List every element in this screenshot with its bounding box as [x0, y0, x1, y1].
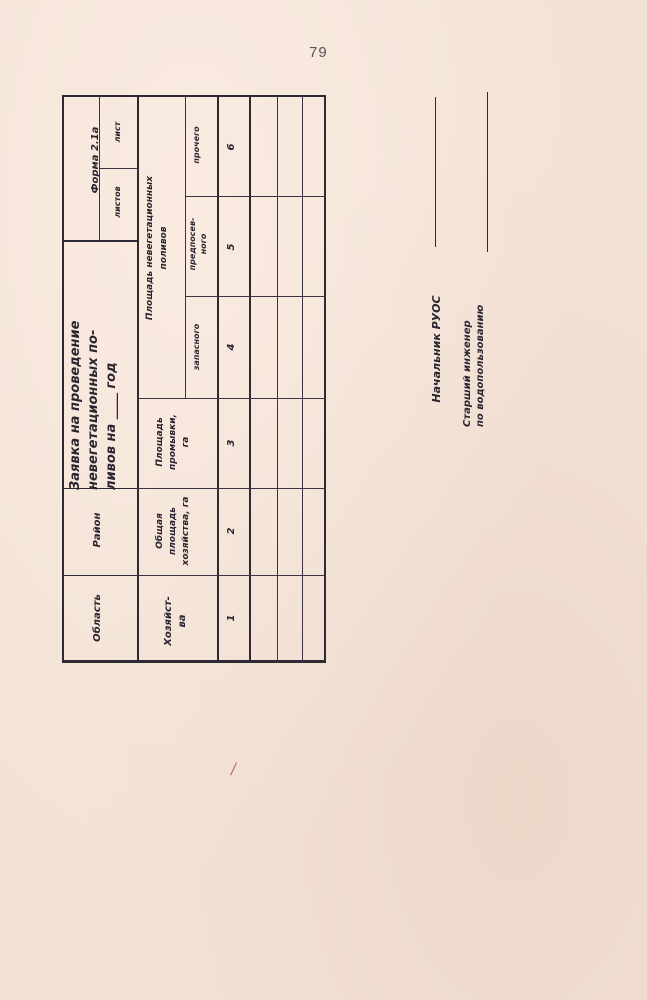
column-header-flushing-area: Площадь промывки, га [154, 397, 202, 487]
group-header-non-vegetation-irrigation: Площадь невегетационных поливов [143, 173, 179, 323]
column-header-other: прочего [192, 105, 210, 185]
sheets-label: листов [113, 172, 127, 232]
table-row [303, 97, 324, 660]
column-number-3: 3 [226, 433, 240, 453]
page-number: 79 [309, 44, 328, 61]
column-number-4: 4 [226, 337, 240, 357]
column-number-5: 5 [226, 237, 240, 257]
signature-line [435, 97, 436, 247]
column-header-presowing: предпосев- ного [187, 204, 215, 284]
column-number-2: 2 [226, 521, 240, 541]
signature-label: Старший инженер по водопользованию [461, 297, 493, 427]
region-label: Область [92, 578, 108, 658]
column-header-reserve: запасного [192, 307, 210, 387]
sheet-label: лист [113, 107, 127, 157]
form-title: Заявка на проведение невегетационных по-… [67, 250, 127, 490]
column-header-total-area: Общая площадь хозяйства, га [154, 486, 202, 576]
stray-mark [230, 762, 237, 775]
signature-line [487, 92, 488, 252]
form-number-label: Форма 2.1а [90, 95, 110, 225]
column-header-farms: Хозяйст- ва [162, 581, 194, 661]
table-row [251, 97, 277, 660]
column-number-1: 1 [226, 608, 240, 628]
signature-label: Начальник РУОС [430, 294, 448, 404]
district-label: Район [92, 490, 108, 570]
table-row [278, 97, 302, 660]
column-number-6: 6 [226, 137, 240, 157]
